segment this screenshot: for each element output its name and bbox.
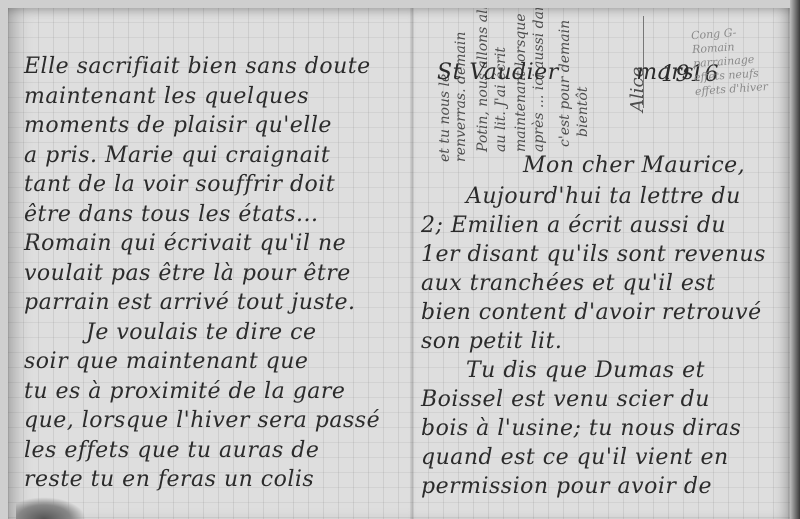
right-edge-shadow [790,0,800,519]
text-line: tant de la voir souffrir doit [24,170,380,200]
margin-note: bientôt [575,87,591,137]
text-line: Romain qui écrivait qu'il ne [24,229,380,259]
right-page: et tu nous le renverras. demain Potin, n… [413,8,791,519]
margin-note: renverras. demain [453,32,469,162]
torn-corner [16,497,86,519]
text-line: voulait pas être là pour être [24,259,380,289]
left-page: Elle sacrifiait bien sans doute maintena… [8,8,413,519]
text-line: moments de plaisir qu'elle [24,111,380,141]
text-line: Boissel est venu scier du [421,385,766,414]
text-line: parrain est arrivé tout juste. [24,288,380,318]
text-line: bien content d'avoir retrouvé [421,298,766,327]
text-line: aux tranchées et qu'il est [421,269,766,298]
text-line: a pris. Marie qui craignait [24,141,380,171]
right-page-text: Aujourd'hui ta lettre du 2; Emilien a éc… [421,182,766,501]
text-line: 2; Emilien a écrit aussi du [421,211,766,240]
header-place: St Vaudier [437,60,559,85]
text-line: 1er disant qu'ils sont revenus [421,240,766,269]
text-line: maintenant les quelques [24,82,380,112]
pencil-annotation: Cong G- Romain parrainage effets neufs e… [691,23,786,99]
text-line: que, lorsque l'hiver sera passé [24,406,380,436]
left-page-text: Elle sacrifiait bien sans doute maintena… [24,52,380,495]
text-line: bois à l'usine; tu nous diras [421,414,766,443]
letter-spread: Elle sacrifiait bien sans doute maintena… [0,0,800,519]
text-line: être dans tous les états... [24,200,380,230]
text-line: permission pour avoir de [421,472,766,501]
text-line: son petit lit. [421,327,766,356]
text-line: tu es à proximité de la gare [24,377,380,407]
text-line: reste tu en feras un colis [24,465,380,495]
salutation: Mon cher Maurice, [523,153,745,178]
margin-note: et tu nous le [437,74,453,162]
text-line: Je voulais te dire ce [24,318,380,348]
text-line: Aujourd'hui ta lettre du [421,182,766,211]
vertical-margin-notes: et tu nous le renverras. demain Potin, n… [431,12,651,162]
text-line: les effets que tu auras de [24,436,380,466]
date-header: St Vaudier mars [437,60,694,85]
text-line: Tu dis que Dumas et [421,356,766,385]
text-line: quand est ce qu'il vient en [421,443,766,472]
text-line: Elle sacrifiait bien sans doute [24,52,380,82]
text-line: soir que maintenant que [24,347,380,377]
